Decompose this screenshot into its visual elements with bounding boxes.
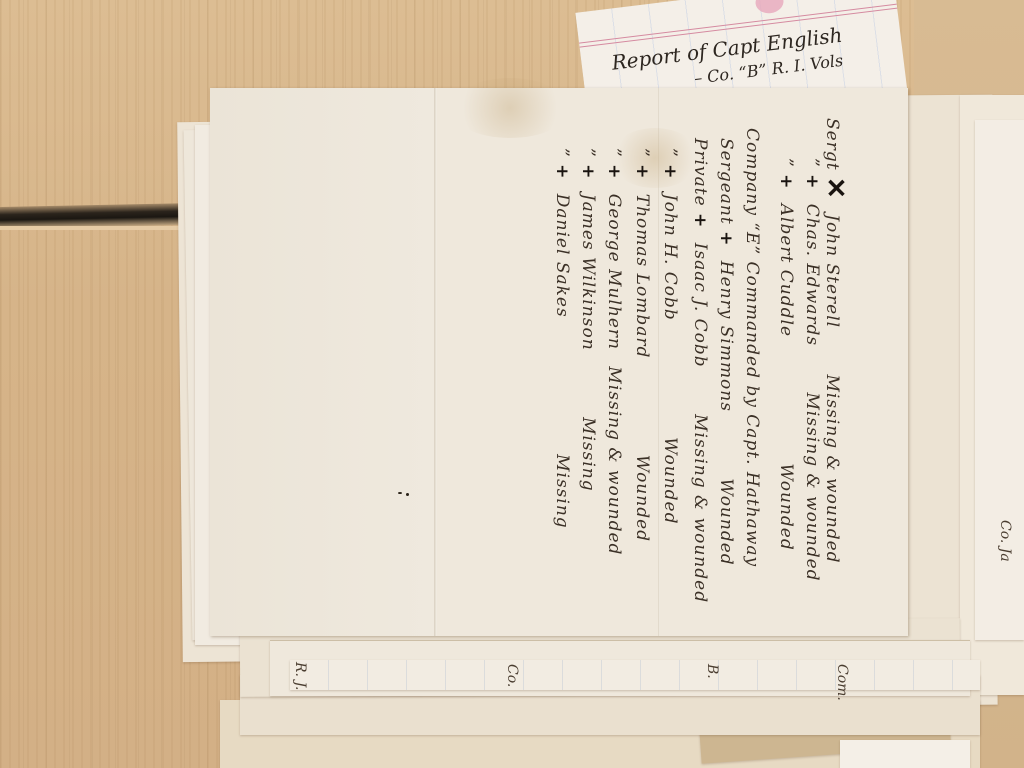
document-fold xyxy=(434,88,437,636)
entry-row: ” + Chas. Edwards Missing & wounded xyxy=(802,158,822,582)
bottom-fragment: Co. xyxy=(504,664,520,687)
entry-row: Sergeant + Henry Simmons Wounded xyxy=(716,138,736,566)
entry-row: ” + Daniel Sakes Missing xyxy=(552,148,572,529)
entry-company-header: Company “E” Commanded by Capt. Hathaway xyxy=(742,128,762,567)
entry-row: Sergt ✕ John Sterell Missing & wounded xyxy=(820,118,850,564)
entry-row: ” + James Wilkinson Missing xyxy=(578,148,598,492)
bottom-fragment: B. xyxy=(704,664,720,679)
paper-sheet-right: Co. Ja xyxy=(975,120,1024,640)
table-seam-edge xyxy=(0,226,195,230)
ink-dot xyxy=(406,493,409,496)
entry-row: ” + George Mulhern Missing & wounded xyxy=(604,148,624,555)
document-blank-half xyxy=(210,88,434,636)
folder-tab-light xyxy=(840,740,970,768)
ruled-paper-strip: R. J. Co. B. Com. xyxy=(290,660,980,690)
bottom-fragment: Com. xyxy=(834,664,850,701)
entry-row: Private + Isaac J. Cobb Missing & wounde… xyxy=(690,138,710,603)
handwritten-document: Sergt ✕ John Sterell Missing & wounded ”… xyxy=(210,88,908,636)
right-sheet-fragment: Co. Ja xyxy=(997,520,1013,562)
entry-row: ” + John H. Cobb Wounded xyxy=(660,148,680,524)
pink-blot xyxy=(754,0,784,15)
stain xyxy=(450,78,570,138)
entry-row: ” + Thomas Lombard Wounded xyxy=(632,148,652,542)
bottom-fragment: R. J. xyxy=(292,662,308,690)
ink-dot xyxy=(398,492,402,494)
entry-row: ” + Albert Cuddle Wounded xyxy=(776,158,796,551)
